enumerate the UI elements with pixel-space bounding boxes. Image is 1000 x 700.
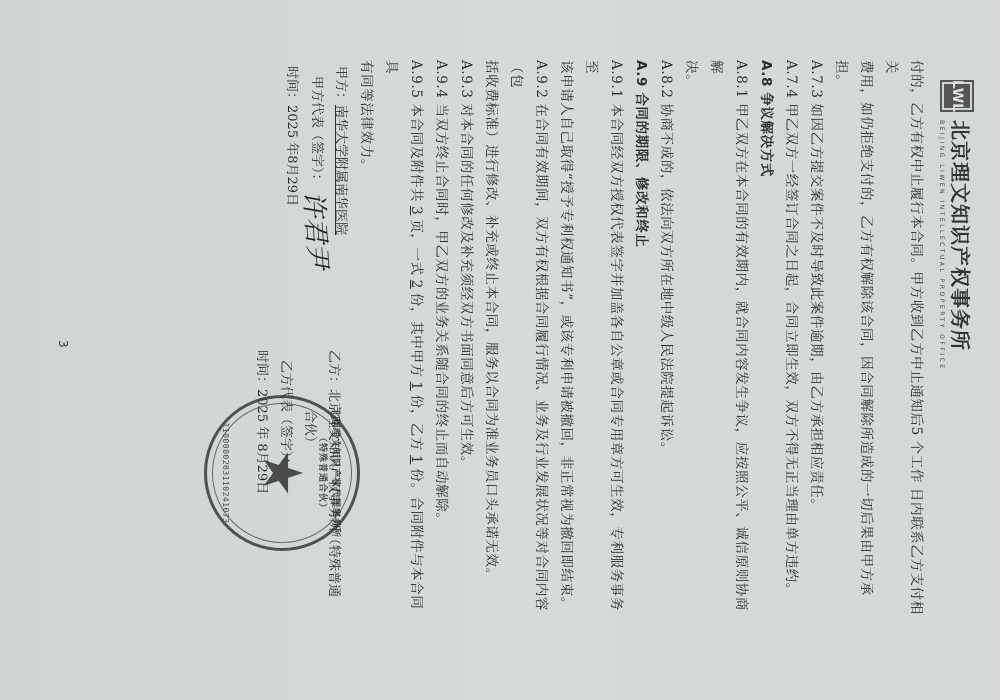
party-a-signature: 许君尹 bbox=[300, 190, 329, 269]
section-a9-title: A.9 合同的期限、修改和终止 bbox=[628, 60, 653, 620]
clause-a9-1-cont: 该申请人自己取得“授予专利权通知书”，或该专利申请被撤回，非正常视为撤回即结束。 bbox=[553, 60, 578, 620]
firm-logo-icon: LWL bbox=[940, 80, 974, 112]
page-number: 3 bbox=[56, 340, 70, 348]
document-page: LWL 北京理文知识产权事务所 BEIJING LIWEN INTELLECTU… bbox=[0, 0, 1000, 700]
party-b-copies: 1 bbox=[408, 451, 424, 468]
star-icon: ★ bbox=[255, 449, 309, 497]
clause-a8-2: A.8.2 协商不成的，依法向双方所在地中级人民法院提起诉讼。 bbox=[653, 60, 678, 620]
section-a8-title: A.8 争议解决方式 bbox=[753, 60, 778, 620]
company-seal: 北京理文知识产权代理事务所（特殊普通合伙） ★ 1100000203110241… bbox=[204, 395, 360, 551]
clause-a9-2: A.9.2 在合同有效期间，双方有权根据合同履行情况、业务及行业发展状况等对合同… bbox=[503, 60, 553, 620]
copy-count: 2 bbox=[408, 276, 424, 293]
clause-a9-3: A.9.3 对本合同的任何修改及补充须经双方书面同意后方可生效。 bbox=[453, 60, 478, 620]
seal-number: 1100000203110241073 bbox=[221, 416, 230, 530]
seal-ring-text: 北京理文知识产权代理事务所（特殊普通合伙） bbox=[317, 406, 343, 540]
clause-a7-4: A.7.4 甲乙双方一经签订合同之日起，合同立即生效，双方不得无正当理由单方违约… bbox=[778, 60, 803, 620]
clause-line: 付的，乙方有权中止履行本合同。甲方收到乙方中止通知后5 个工作 日内联系乙方支付… bbox=[878, 60, 928, 620]
party-a-copies: 1 bbox=[408, 378, 424, 395]
party-a-signature-block: 甲方：南华大学附属南华医院 甲方代表（签字）：许君尹 时间：2025 年8月29… bbox=[279, 66, 352, 269]
firm-name-cn: 北京理文知识产权事务所 bbox=[947, 120, 976, 371]
clause-line: 费用，如仍拒绝支付的，乙方有权解除该合同，因合同解除所造成的一切后果由甲方承担。 bbox=[828, 60, 878, 620]
clause-a9-5: A.9.5 本合同及附件共3页，一式2份，其中甲方1份，乙方1份。合同附件与本合… bbox=[378, 60, 428, 620]
clause-a9-2-cont: 括收费标准）进行修改、补充或终止本合同，服务以合同为准业务员口头承诺无效。 bbox=[478, 60, 503, 620]
letterhead: LWL 北京理文知识产权事务所 BEIJING LIWEN INTELLECTU… bbox=[938, 80, 976, 371]
page-count: 3 bbox=[408, 202, 424, 219]
clause-a9-4: A.9.4 当双方终止合同时，甲乙双方的业务关系随合同的终止而自动解除。 bbox=[428, 60, 453, 620]
clause-a9-1: A.9.1 本合同经双方授权代表签字并加盖各自公章或合同专用章方可生效，专利服务… bbox=[578, 60, 628, 620]
clause-a8-1-cont: 决。 bbox=[678, 60, 703, 620]
party-a-name: 南华大学附属南华医院 bbox=[333, 105, 348, 235]
clause-a8-1: A.8.1 甲乙双方在本合同的有效期内，就合同内容发生争议，应按照公平、诚信原则… bbox=[703, 60, 753, 620]
clause-a7-3: A.7.3 如因乙方提交案件不及时导致此案件逾期，由乙方承担相应责任。 bbox=[803, 60, 828, 620]
party-a-date: 2025 年8月29日 bbox=[284, 105, 299, 206]
firm-name-en: BEIJING LIWEN INTELLECTUAL PROPERTY OFFI… bbox=[938, 120, 945, 371]
contract-body: 付的，乙方有权中止履行本合同。甲方收到乙方中止通知后5 个工作 日内联系乙方支付… bbox=[353, 60, 928, 620]
clause-a9-5-cont: 有同等法律效力。 bbox=[353, 60, 378, 620]
